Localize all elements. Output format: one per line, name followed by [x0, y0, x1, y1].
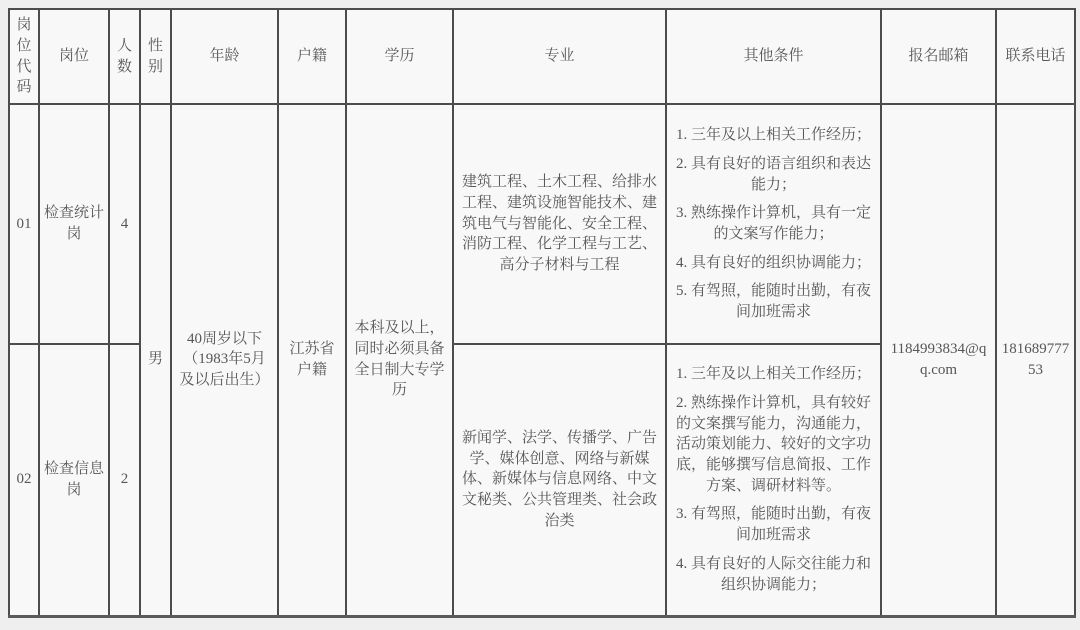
header-position-code: 岗位代码 — [9, 9, 39, 104]
condition-item: 1. 三年及以上相关工作经历； — [671, 364, 876, 385]
cell-other-conditions: 1. 三年及以上相关工作经历；2. 具有良好的语言组织和表达能力；3. 熟练操作… — [666, 104, 881, 344]
condition-item: 4. 具有良好的组织协调能力； — [671, 253, 876, 274]
cell-phone: 18168977753 — [996, 104, 1075, 616]
header-age: 年龄 — [171, 9, 278, 104]
cell-position: 检查信息岗 — [39, 344, 109, 616]
cell-position-code: 01 — [9, 104, 39, 344]
cell-headcount: 2 — [109, 344, 140, 616]
header-email: 报名邮箱 — [881, 9, 996, 104]
cell-email: 1184993834@qq.com — [881, 104, 996, 616]
cell-major: 新闻学、法学、传播学、广告学、媒体创意、网络与新媒体、新媒体与信息网络、中文文秘… — [453, 344, 666, 616]
header-major: 专业 — [453, 9, 666, 104]
condition-item: 1. 三年及以上相关工作经历； — [671, 125, 876, 146]
recruitment-table: 岗位代码 岗位 人数 性别 年龄 户籍 学历 专业 其他条件 报名邮箱 联系电话… — [8, 8, 1076, 618]
condition-item: 3. 有驾照，能随时出勤，有夜间加班需求 — [671, 504, 876, 545]
condition-item: 3. 熟练操作计算机，具有一定的文案写作能力； — [671, 203, 876, 244]
condition-item: 4. 具有良好的人际交往能力和组织协调能力； — [671, 554, 876, 595]
table-header-row: 岗位代码 岗位 人数 性别 年龄 户籍 学历 专业 其他条件 报名邮箱 联系电话 — [9, 9, 1075, 104]
cell-major: 建筑工程、土木工程、给排水工程、建筑设施智能技术、建筑电气与智能化、安全工程、消… — [453, 104, 666, 344]
condition-item: 5. 有驾照，能随时出勤，有夜间加班需求 — [671, 281, 876, 322]
header-headcount: 人数 — [109, 9, 140, 104]
header-phone: 联系电话 — [996, 9, 1075, 104]
cell-age: 40周岁以下（1983年5月及以后出生） — [171, 104, 278, 616]
header-education: 学历 — [346, 9, 453, 104]
condition-item: 2. 具有良好的语言组织和表达能力； — [671, 154, 876, 195]
cell-position-code: 02 — [9, 344, 39, 616]
header-residence: 户籍 — [278, 9, 346, 104]
table-row: 01 检查统计岗 4 男 40周岁以下（1983年5月及以后出生） 江苏省户籍 … — [9, 104, 1075, 344]
cell-position: 检查统计岗 — [39, 104, 109, 344]
cell-other-conditions: 1. 三年及以上相关工作经历；2. 熟练操作计算机，具有较好的文案撰写能力，沟通… — [666, 344, 881, 616]
header-other-conditions: 其他条件 — [666, 9, 881, 104]
header-gender: 性别 — [140, 9, 171, 104]
cell-gender: 男 — [140, 104, 171, 616]
header-position: 岗位 — [39, 9, 109, 104]
recruitment-table-page: 岗位代码 岗位 人数 性别 年龄 户籍 学历 专业 其他条件 报名邮箱 联系电话… — [8, 8, 1076, 618]
condition-item: 2. 熟练操作计算机，具有较好的文案撰写能力，沟通能力，活动策划能力、较好的文字… — [671, 393, 876, 496]
cell-residence: 江苏省户籍 — [278, 104, 346, 616]
cell-headcount: 4 — [109, 104, 140, 344]
cell-education: 本科及以上，同时必须具备全日制大专学历 — [346, 104, 453, 616]
